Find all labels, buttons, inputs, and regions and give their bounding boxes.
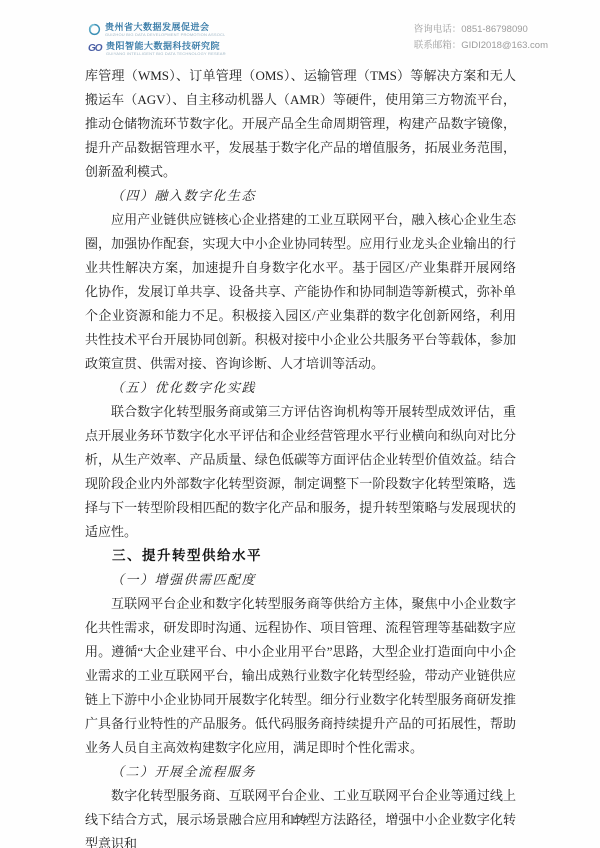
document-body: 库管理（WMS）、订单管理（OMS）、运输管理（TMS）等解决方案和无人搬运车（… (85, 64, 516, 848)
association-logo-texts: 贵州省大数据发展促进会 GUIZHOU BIG DATA DEVELOPMENT… (105, 22, 225, 37)
subsection-heading: （二）开展全流程服务 (85, 760, 516, 784)
institute-name-en: GUIYANG INTELLIGENT BIG DATA TECHNOLOGY … (106, 51, 226, 56)
section-heading: 三、提升转型供给水平 (85, 544, 516, 568)
paragraph-continued: 库管理（WMS）、订单管理（OMS）、运输管理（TMS）等解决方案和无人搬运车（… (85, 64, 516, 184)
subsection-heading: （四）融入数字化生态 (85, 184, 516, 208)
contact-phone: 咨询电话：0851-86798090 (414, 22, 548, 38)
logo-block: 贵州省大数据发展促进会 GUIZHOU BIG DATA DEVELOPMENT… (88, 22, 226, 56)
contact-info: 咨询电话：0851-86798090 联系邮箱：GIDI2018@163.com (414, 22, 548, 54)
institute-name: 贵阳智能大数据科技研究院 (106, 41, 226, 51)
association-logo: 贵州省大数据发展促进会 GUIZHOU BIG DATA DEVELOPMENT… (88, 22, 226, 37)
page-number: 178 (0, 814, 600, 826)
institute-logo-texts: 贵阳智能大数据科技研究院 GUIYANG INTELLIGENT BIG DAT… (106, 41, 226, 56)
contact-email: 联系邮箱：GIDI2018@163.com (414, 38, 548, 54)
institute-logo: GO 贵阳智能大数据科技研究院 GUIYANG INTELLIGENT BIG … (88, 41, 226, 56)
page-header: 贵州省大数据发展促进会 GUIZHOU BIG DATA DEVELOPMENT… (88, 22, 548, 56)
subsection-heading: （一）增强供需匹配度 (85, 568, 516, 592)
association-name: 贵州省大数据发展促进会 (105, 22, 225, 32)
paragraph: 应用产业链供应链核心企业搭建的工业互联网平台，融入核心企业生态圈，加强协作配套，… (85, 208, 516, 376)
association-ring-icon (88, 23, 101, 36)
institute-go-icon: GO (88, 42, 102, 55)
paragraph: 互联网平台企业和数字化转型服务商等供给方主体，聚焦中小企业数字化共性需求，研发即… (85, 592, 516, 760)
association-name-en: GUIZHOU BIG DATA DEVELOPMENT PROMOTION A… (105, 32, 225, 37)
paragraph: 联合数字化转型服务商或第三方评估咨询机构等开展转型成效评估，重点开展业务环节数字… (85, 400, 516, 544)
subsection-heading: （五）优化数字化实践 (85, 376, 516, 400)
document-page: 贵州省大数据发展促进会 GUIZHOU BIG DATA DEVELOPMENT… (0, 0, 600, 848)
